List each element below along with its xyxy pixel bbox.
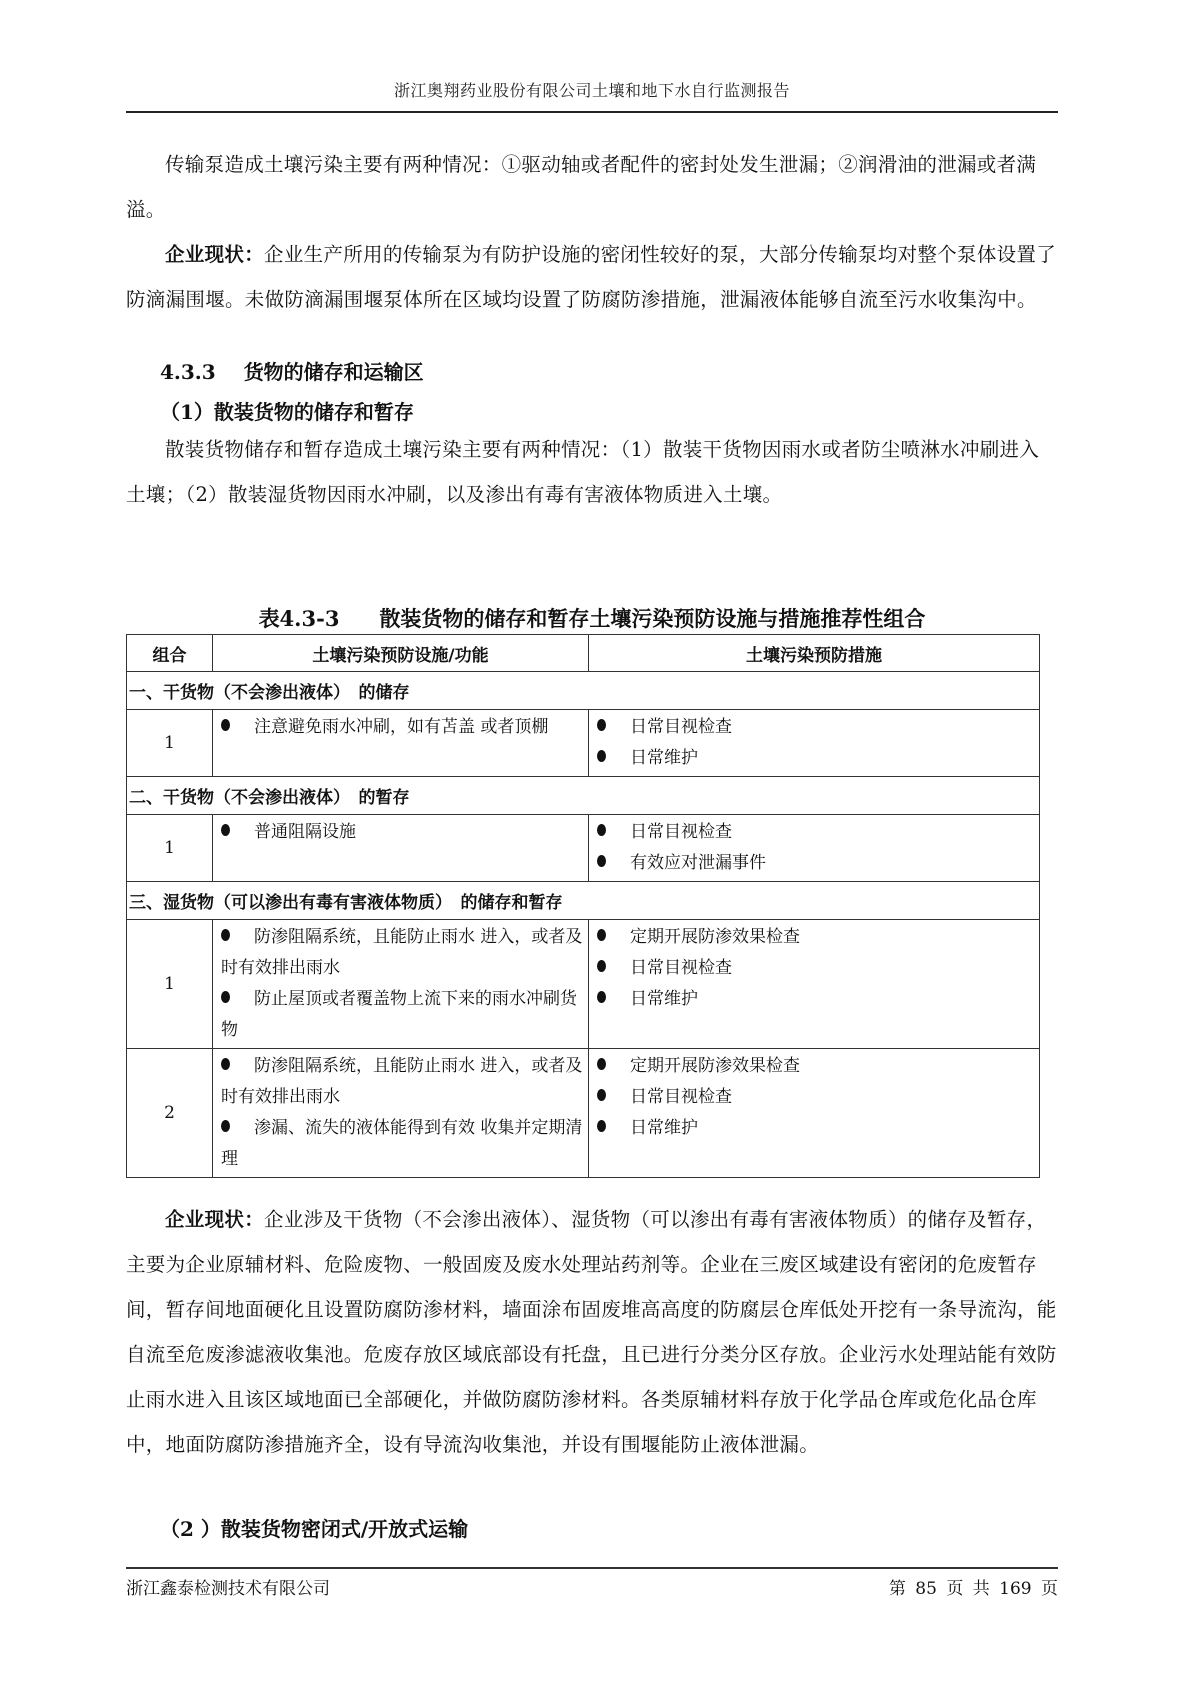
section-title: 货物的储存和运输区	[244, 360, 424, 384]
row-index: 1	[127, 920, 213, 1049]
list-item: 日常维护	[597, 1113, 1035, 1144]
list-item: 防渗阻隔系统，且能防止雨水 进入，或者及时有效排出雨水	[221, 922, 584, 984]
measures-cell: 定期开展防渗效果检查 日常目视检查 日常维护	[589, 920, 1040, 1049]
table-row: 2 防渗阻隔系统，且能防止雨水 进入，或者及时有效排出雨水 渗漏、流失的液体能得…	[127, 1049, 1040, 1178]
bullet-icon	[221, 991, 230, 1003]
measures-cell: 日常目视检查 日常维护	[589, 710, 1040, 777]
bullet-icon	[597, 1089, 606, 1101]
list-item: 日常目视检查	[597, 817, 1035, 848]
paragraph-pump-status: 企业现状：企业生产所用的传输泵为有防护设施的密闭性较好的泵，大部分传输泵均对整个…	[126, 232, 1058, 322]
status-text: 企业涉及干货物（不会渗出液体）、湿货物（可以渗出有毒有害液体物质）的储存及暂存，…	[126, 1208, 1057, 1456]
table-title: 散装货物的储存和暂存土壤污染预防设施与措施推荐性组合	[379, 606, 925, 631]
paragraph-storage-status: 企业现状：企业涉及干货物（不会渗出液体）、湿货物（可以渗出有毒有害液体物质）的储…	[126, 1197, 1058, 1467]
bullet-icon	[597, 824, 606, 836]
bullet-icon	[597, 991, 606, 1003]
list-item: 定期开展防渗效果检查	[597, 1051, 1035, 1082]
bullet-icon	[221, 1058, 230, 1070]
page-header-title: 浙江奥翔药业股份有限公司土壤和地下水自行监测报告	[126, 78, 1058, 101]
list-item: 防止屋顶或者覆盖物上流下来的雨水冲刷货物	[221, 984, 584, 1046]
row-index: 2	[127, 1049, 213, 1178]
header-facilities: 土壤污染预防设施/功能	[213, 635, 589, 672]
list-item: 日常维护	[597, 743, 1035, 774]
header-divider	[126, 111, 1058, 113]
bullet-icon	[221, 1120, 230, 1132]
list-item: 日常目视检查	[597, 953, 1035, 984]
row-index: 1	[127, 710, 213, 777]
table-group-row: 三、湿货物（可以渗出有毒有害液体物质） 的储存和暂存	[127, 882, 1040, 920]
facilities-cell: 注意避免雨水冲刷，如有苫盖 或者顶棚	[213, 710, 589, 777]
subsection-heading-1: （1）散装货物的储存和暂存	[160, 396, 414, 425]
facilities-cell: 普通阻隔设施	[213, 815, 589, 882]
bullet-icon	[597, 1120, 606, 1132]
table-group-row: 一、干货物（不会渗出液体） 的储存	[127, 672, 1040, 710]
bullet-icon	[597, 1058, 606, 1070]
bullet-icon	[221, 929, 230, 941]
table-row: 1 防渗阻隔系统，且能防止雨水 进入，或者及时有效排出雨水 防止屋顶或者覆盖物上…	[127, 920, 1040, 1049]
status-label: 企业现状：	[165, 243, 264, 266]
table-header-row: 组合 土壤污染预防设施/功能 土壤污染预防措施	[127, 635, 1040, 672]
header-group: 组合	[127, 635, 213, 672]
prevention-table: 组合 土壤污染预防设施/功能 土壤污染预防措施 一、干货物（不会渗出液体） 的储…	[126, 634, 1040, 1178]
bullet-icon	[597, 750, 606, 762]
footer-page-number: 第 85 页 共 169 页	[889, 1574, 1058, 1599]
group-title: 一、干货物（不会渗出液体） 的储存	[127, 672, 1040, 710]
header-measures: 土壤污染预防措施	[589, 635, 1040, 672]
measures-cell: 日常目视检查 有效应对泄漏事件	[589, 815, 1040, 882]
section-number: 4.3.3	[160, 360, 216, 384]
group-title: 三、湿货物（可以渗出有毒有害液体物质） 的储存和暂存	[127, 882, 1040, 920]
subsection-heading-2: （2 ）散装货物密闭式/开放式运输	[160, 1513, 468, 1542]
paragraph-pump-leakage: 传输泵造成土壤污染主要有两种情况：①驱动轴或者配件的密封处发生泄漏；②润滑油的泄…	[126, 142, 1058, 232]
list-item: 日常目视检查	[597, 1082, 1035, 1113]
list-item: 定期开展防渗效果检查	[597, 922, 1035, 953]
table-row: 1 普通阻隔设施 日常目视检查 有效应对泄漏事件	[127, 815, 1040, 882]
status-text: 企业生产所用的传输泵为有防护设施的密闭性较好的泵，大部分传输泵均对整个泵体设置了…	[126, 243, 1056, 311]
facilities-cell: 防渗阻隔系统，且能防止雨水 进入，或者及时有效排出雨水 渗漏、流失的液体能得到有…	[213, 1049, 589, 1178]
status-label: 企业现状：	[165, 1208, 264, 1231]
table-caption: 表4.3-3散装货物的储存和暂存土壤污染预防设施与措施推荐性组合	[126, 603, 1058, 633]
table-row: 1 注意避免雨水冲刷，如有苫盖 或者顶棚 日常目视检查 日常维护	[127, 710, 1040, 777]
paragraph-bulk-storage: 散装货物储存和暂存造成土壤污染主要有两种情况：（1）散装干货物因雨水或者防尘喷淋…	[126, 427, 1058, 517]
list-item: 渗漏、流失的液体能得到有效 收集并定期清理	[221, 1113, 584, 1175]
row-index: 1	[127, 815, 213, 882]
bullet-icon	[597, 960, 606, 972]
list-item: 日常维护	[597, 984, 1035, 1015]
bullet-icon	[597, 929, 606, 941]
bullet-icon	[597, 855, 606, 867]
facilities-cell: 防渗阻隔系统，且能防止雨水 进入，或者及时有效排出雨水 防止屋顶或者覆盖物上流下…	[213, 920, 589, 1049]
list-item: 日常目视检查	[597, 712, 1035, 743]
list-item: 防渗阻隔系统，且能防止雨水 进入，或者及时有效排出雨水	[221, 1051, 584, 1113]
footer-divider	[126, 1567, 1058, 1569]
footer-company: 浙江鑫泰检测技术有限公司	[126, 1574, 330, 1599]
section-heading: 4.3.3货物的储存和运输区	[160, 356, 424, 385]
bullet-icon	[221, 824, 230, 836]
measures-cell: 定期开展防渗效果检查 日常目视检查 日常维护	[589, 1049, 1040, 1178]
bullet-icon	[221, 719, 230, 731]
bullet-icon	[597, 719, 606, 731]
table-number: 表4.3-3	[259, 606, 340, 631]
list-item: 有效应对泄漏事件	[597, 848, 1035, 879]
list-item: 注意避免雨水冲刷，如有苫盖 或者顶棚	[221, 712, 584, 743]
list-item: 普通阻隔设施	[221, 817, 584, 848]
group-title: 二、干货物（不会渗出液体） 的暂存	[127, 777, 1040, 815]
table-group-row: 二、干货物（不会渗出液体） 的暂存	[127, 777, 1040, 815]
